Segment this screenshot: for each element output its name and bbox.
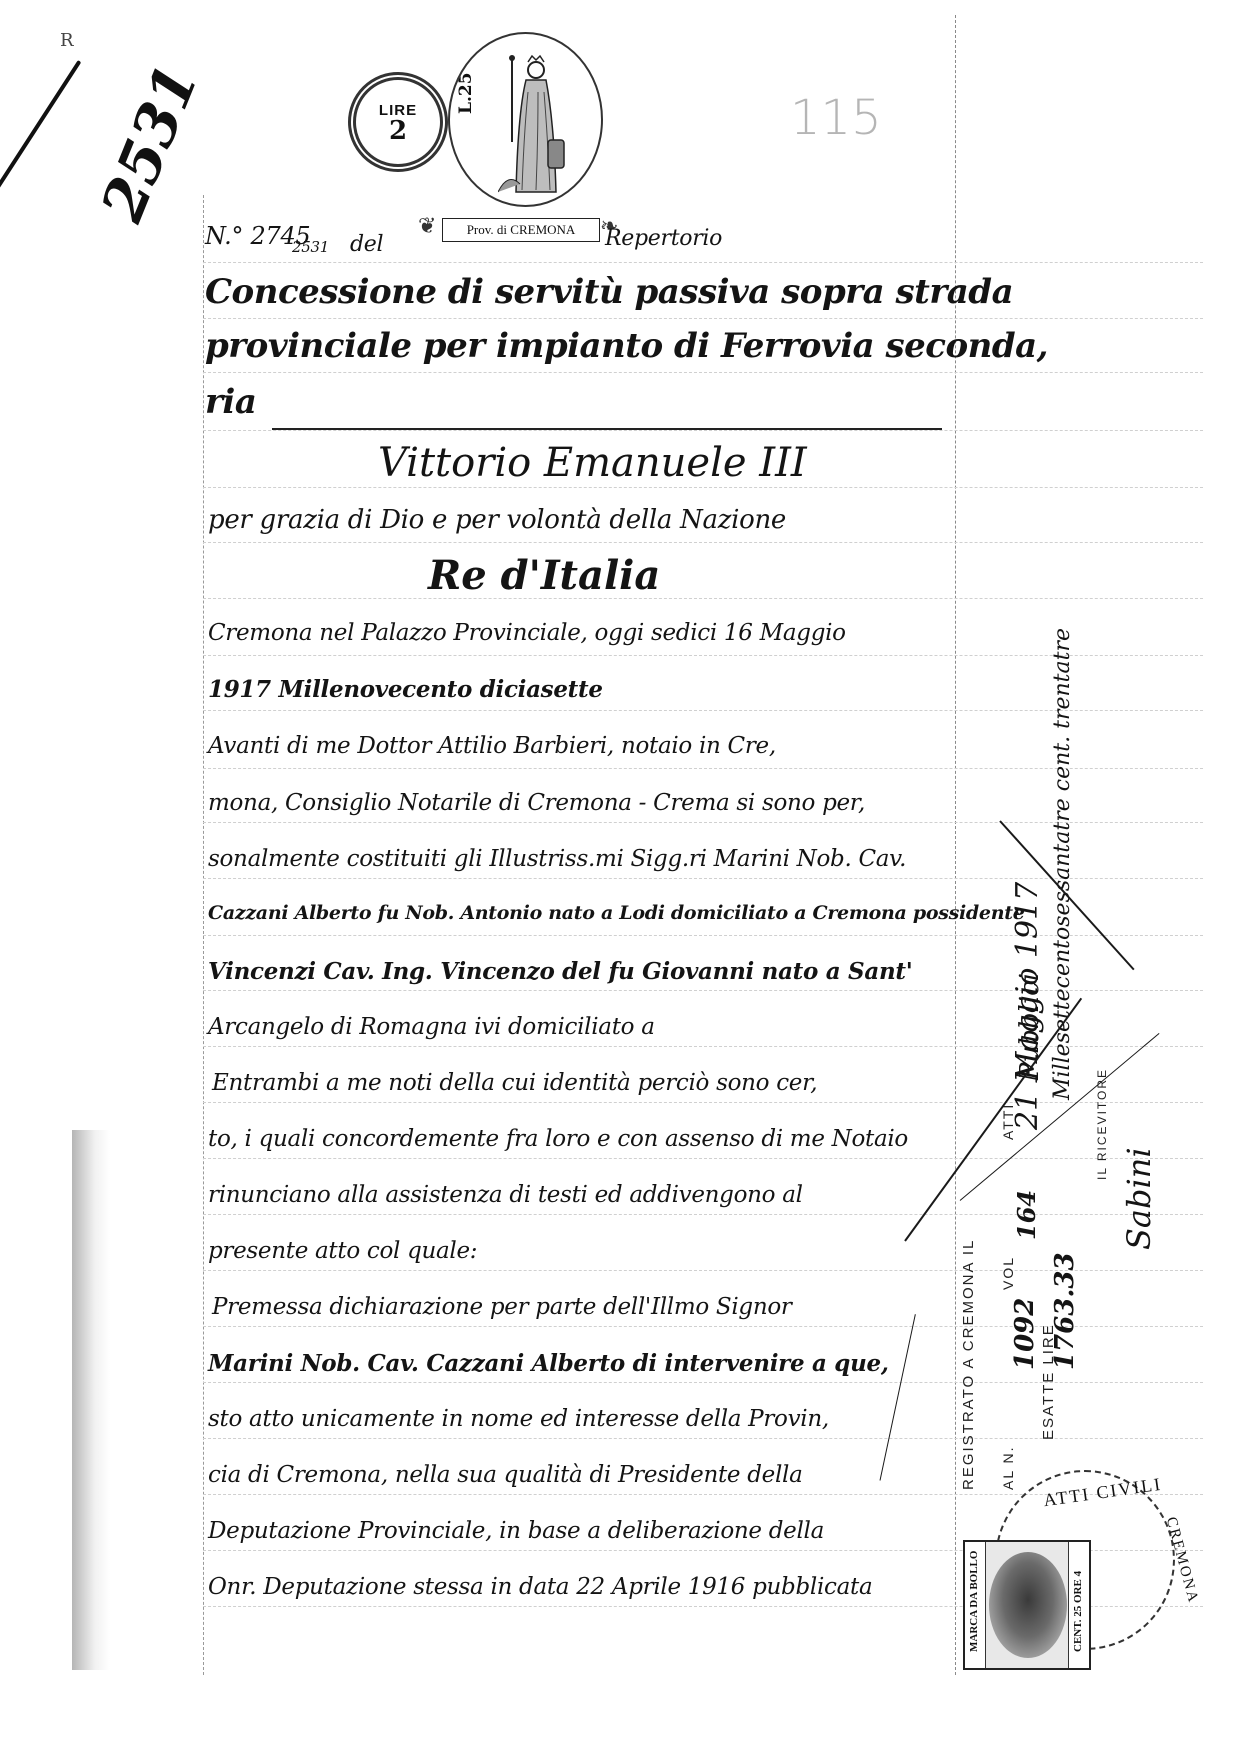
revenue-stamp-right-border: CENT. 25 ORE 4 (1068, 1542, 1089, 1668)
repertorio-label: Repertorio (605, 226, 722, 251)
seal-city: CREMONA (1162, 1515, 1201, 1605)
scan-gutter-shadow (72, 1130, 110, 1670)
pencil-annotation: 115 (790, 90, 882, 146)
revenue-stamp: MARCA DA BOLLO CENT. 25 ORE 4 (963, 1540, 1091, 1670)
italia-emblem: L.25 (448, 32, 603, 207)
registration-atti-handwritten: Pubblici (1015, 973, 1045, 1080)
revenue-stamp-value: CENT. 25 ORE 4 (1072, 1571, 1084, 1652)
ruled-line (203, 1214, 1203, 1215)
lire-denomination-seal: LIRE 2 (348, 72, 448, 172)
body-line: to, i quali concordemente fra loro e con… (208, 1126, 908, 1152)
ruled-line (203, 487, 1203, 488)
seal-text: ATTI CIVILI (1042, 1474, 1163, 1511)
ornament-left-icon: ❦ (418, 214, 436, 239)
repertorio-sub-number: 2531 (292, 238, 329, 256)
deed-title-line-2: provinciale per impianto di Ferrovia sec… (205, 326, 1048, 366)
province-label-box: Prov. di CREMONA (442, 218, 600, 242)
revenue-stamp-label: MARCA DA BOLLO (968, 1551, 980, 1652)
body-line: mona, Consiglio Notarile di Cremona - Cr… (208, 790, 865, 816)
right-margin-rule (955, 15, 957, 1675)
ruled-line (203, 598, 1203, 599)
body-line: Arcangelo di Romagna ivi domiciliato a (208, 1014, 655, 1040)
body-line: Cremona nel Palazzo Provinciale, oggi se… (208, 620, 846, 646)
paper-series: L.25 (456, 72, 476, 114)
cancellation-stroke (880, 1314, 916, 1480)
body-line: presente atto col quale: (208, 1238, 477, 1264)
registration-vol: VOL (1000, 1256, 1016, 1290)
ruled-line (203, 1102, 1203, 1103)
sovereign-name: Vittorio Emanuele III (378, 440, 807, 486)
body-line: cia di Cremona, nella sua qualità di Pre… (208, 1462, 803, 1488)
body-line: Deputazione Provinciale, in base a delib… (208, 1518, 824, 1544)
kingdom-title: Re d'Italia (428, 552, 660, 599)
body-line: Premessa dichiarazione per parte dell'Il… (212, 1294, 792, 1320)
title-underline (272, 428, 942, 430)
ruled-line (203, 430, 1203, 431)
archive-number-mark: R 2531 (60, 30, 180, 210)
document-page: R 2531 115 LIRE 2 L.25 ❦ Prov. di CREMON… (0, 0, 1240, 1755)
body-line: Vincenzi Cav. Ing. Vincenzo del fu Giova… (208, 958, 912, 985)
archive-letter-mark: R (60, 30, 74, 51)
revenue-stamp-left-border: MARCA DA BOLLO (965, 1542, 986, 1668)
deed-title-line-1: Concessione di servitù passiva sopra str… (205, 272, 1013, 312)
italia-figure-icon (498, 52, 568, 197)
ruled-line (203, 262, 1203, 263)
ruled-line (203, 318, 1203, 319)
body-line: Avanti di me Dottor Attilio Barbieri, no… (208, 733, 776, 759)
registration-vol-handwritten: 164 (1012, 1190, 1041, 1240)
archive-slash (0, 60, 81, 222)
king-portrait-icon (989, 1552, 1067, 1658)
ruled-line (203, 372, 1203, 373)
registration-amount-handwritten: 1763.33 (1050, 1252, 1080, 1370)
lire-value: 2 (389, 119, 407, 143)
body-line: Entrambi a me noti della cui identità pe… (212, 1070, 817, 1096)
archive-number: 2531 (88, 55, 212, 230)
registration-al-no: AL N. (1000, 1446, 1016, 1491)
body-line: rinunciano alla assistenza di testi ed a… (208, 1182, 803, 1208)
body-line: Marini Nob. Cav. Cazzani Alberto di inte… (208, 1350, 889, 1377)
registration-stamp-text: REGISTRATO A CREMONA IL (960, 1239, 977, 1490)
body-line: sonalmente costituiti gli Illustriss.mi … (208, 846, 906, 872)
body-line: Onr. Deputazione stessa in data 22 April… (208, 1574, 872, 1600)
ruled-line (203, 542, 1203, 543)
body-line: Cazzani Alberto fu Nob. Antonio nato a L… (208, 902, 1025, 924)
body-line: sto atto unicamente in nome ed interesse… (208, 1406, 829, 1432)
deed-title-line-3: ria (205, 382, 256, 422)
repertorio-del: del (350, 232, 383, 257)
ruled-line (203, 1158, 1203, 1159)
body-line: 1917 Millenovecento diciasette (208, 676, 603, 703)
registration-number-handwritten: 1092 (1010, 1298, 1040, 1370)
sovereign-formula: per grazia di Dio e per volontà della Na… (208, 505, 786, 535)
ricevitore-signature: Sabini (1120, 1147, 1158, 1250)
registration-amount-words: Millesettecentosessantatre cent. trentat… (1050, 628, 1075, 1100)
